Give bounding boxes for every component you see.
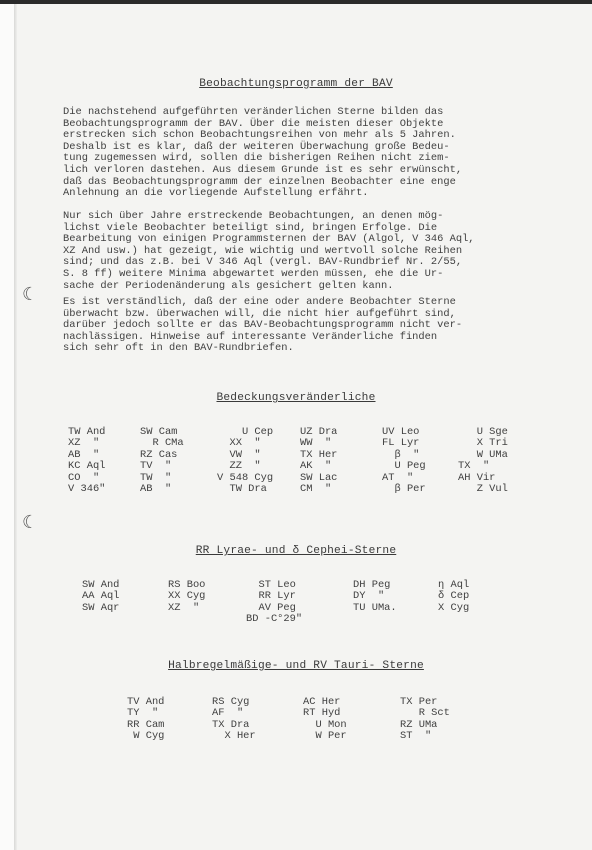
star-column: η Aql δ Cep X Cyg — [438, 580, 469, 614]
star-column: TV And TY " RR Cam W Cyg — [127, 697, 164, 743]
star-column: U Sge X Tri W UMa TX " AH Vir Z Vul — [458, 427, 508, 495]
page-fold-line — [14, 4, 17, 850]
star-column: TW And XZ " AB " KC Aql CO " V 346" — [68, 427, 105, 495]
star-column: UZ Dra WW " TX Her AK " SW Lac CM " — [300, 427, 337, 495]
star-column: SW And AA Aql SW Aqr — [82, 580, 119, 614]
star-column: RS Boo XX Cyg XZ " — [168, 580, 205, 614]
star-column: SW Cam R CMa RZ Cas TV " TW " AB " — [140, 427, 184, 495]
punch-hole-mark-icon: ☾ — [22, 286, 36, 304]
intro-paragraph: Die nachstehend aufgeführten veränderlic… — [63, 107, 563, 200]
section-heading-semiregular: Halbregelmäßige- und RV Tauri- Sterne — [0, 660, 592, 672]
punch-hole-mark-icon: ☾ — [22, 514, 36, 532]
star-column: UV Leo FL Lyr β " U Peg AT " β Per — [382, 427, 426, 495]
section-heading-eclipsing: Bedeckungsveränderliche — [0, 392, 592, 404]
star-column: AC Her RT Hyd U Mon W Per — [303, 697, 347, 743]
second-paragraph: Nur sich über Jahre erstreckende Beobach… — [63, 211, 563, 292]
document-title: Beobachtungsprogramm der BAV — [0, 78, 592, 90]
star-column: U Cep XX " VW " ZZ " V 548 Cyg TW Dra — [217, 427, 273, 495]
star-column: DH Peg DY " TU UMa. — [353, 580, 397, 614]
star-column: RS Cyg AF " TX Dra X Her — [212, 697, 256, 743]
third-paragraph: Es ist verständlich, daß der eine oder a… — [63, 297, 563, 355]
star-column: ST Leo RR Lyr AV Peg BD -C°29" — [246, 580, 302, 626]
section-heading-rr-lyrae-cepheids: RR Lyrae- und δ Cephei-Sterne — [0, 545, 592, 557]
star-column: TX Per R Sct RZ UMa ST " — [400, 697, 450, 743]
page-margin-shade — [0, 4, 14, 850]
scan-top-edge — [0, 0, 592, 4]
